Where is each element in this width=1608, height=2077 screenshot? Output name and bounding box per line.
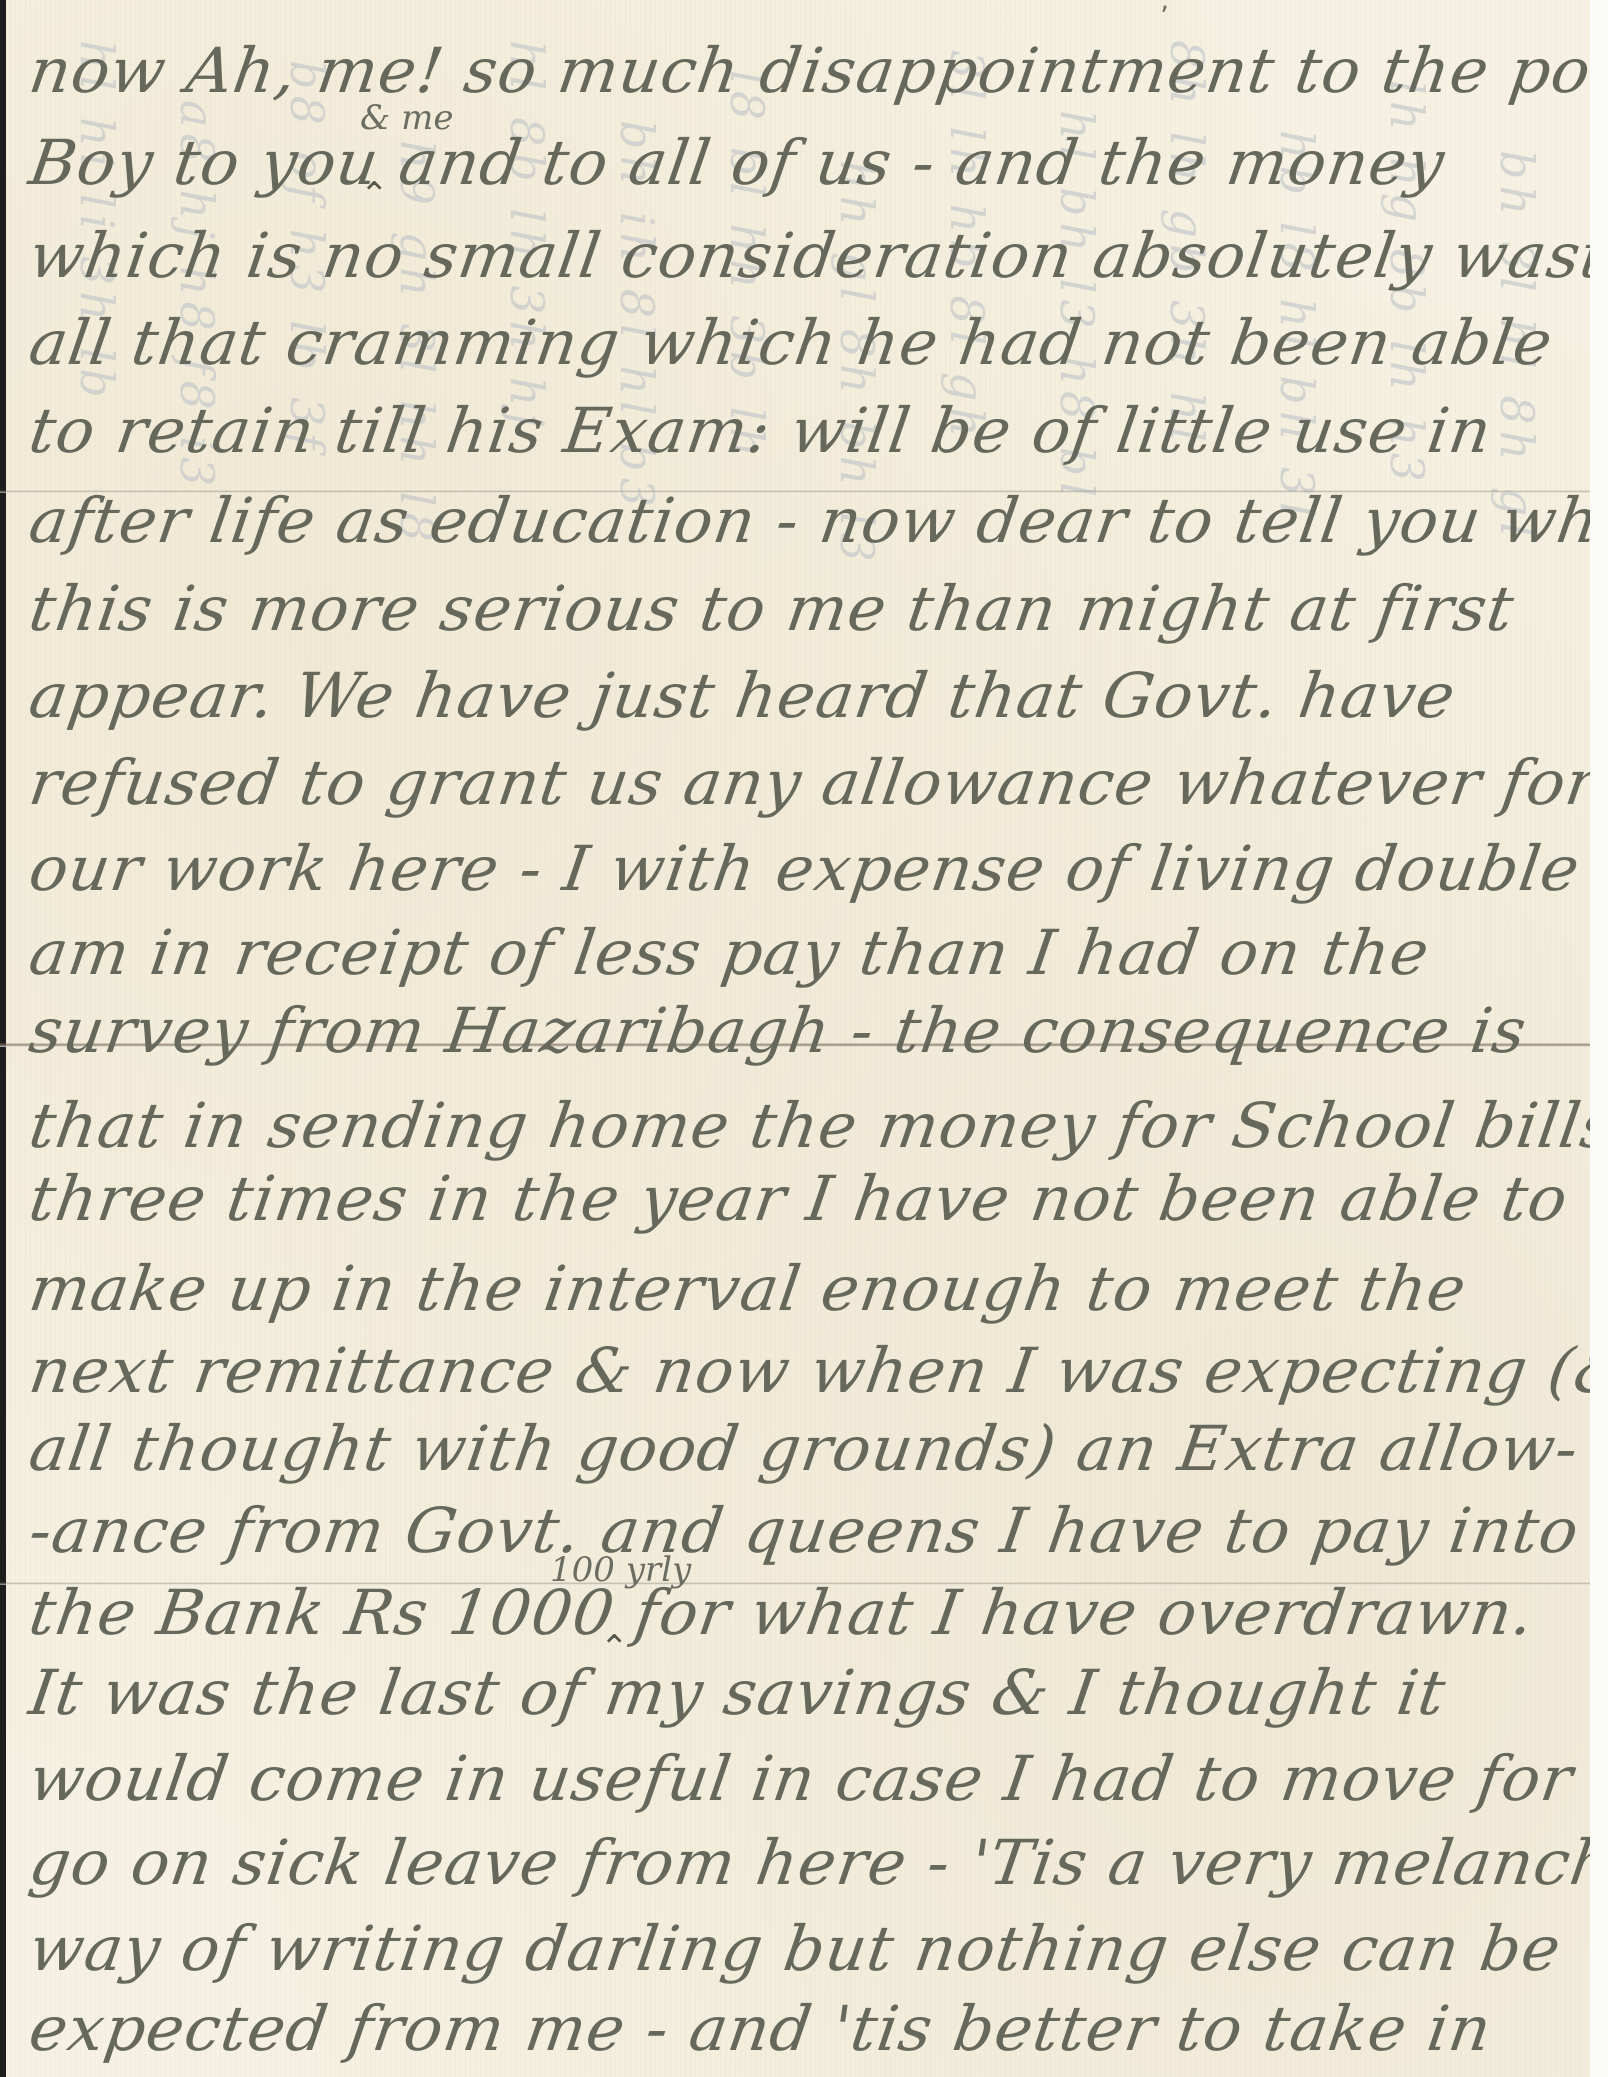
letter-line: expected from me - and 'tis better to ta… — [26, 1998, 1496, 2060]
letter-line: It was the last of my savings & I though… — [26, 1662, 1450, 1724]
ink-mark: ʼ — [1160, 0, 1169, 33]
letter-line: our work here - I with expense of living… — [26, 838, 1584, 900]
letter-line: way of writing darling but nothing else … — [26, 1918, 1565, 1980]
letter-line: all thought with good grounds) an Extra … — [26, 1418, 1583, 1480]
letter-line: am in receipt of less pay than I had on … — [26, 922, 1434, 984]
insertion-caret-icon: ⌃ — [360, 175, 389, 215]
letter-line: would come in useful in case I had to mo… — [26, 1748, 1578, 1810]
letter-line: Boy to you and to all of us - and the mo… — [26, 132, 1449, 194]
letter-text: now Ah, me! so much disappointment to th… — [0, 0, 1590, 2077]
letter-line: to retain till his Exam: will be of litt… — [26, 400, 1496, 462]
letter-line: go on sick leave from here - 'Tis a very… — [26, 1832, 1608, 1894]
letter-line: now Ah, me! so much disappointment to th… — [26, 40, 1608, 102]
insertion-100-yrly: 100 yrly — [550, 1550, 691, 1590]
letter-line: appear. We have just heard that Govt. ha… — [26, 665, 1460, 727]
letter-line: all that cramming which he had not been … — [26, 312, 1557, 374]
scan-edge-strip — [1590, 0, 1608, 2077]
insertion-caret-icon: ⌃ — [600, 1628, 629, 1668]
letter-line: after life as education - now dear to te… — [26, 490, 1608, 552]
letter-line: the Bank Rs 1000 for what I have overdra… — [26, 1582, 1538, 1644]
letter-line: make up in the interval enough to meet t… — [26, 1258, 1471, 1320]
letter-line: three times in the year I have not been … — [26, 1168, 1572, 1230]
letter-page: hl hi li 3h lb a8 hj h8 f8 i3 b8 of h3 l… — [0, 0, 1590, 2077]
insertion-and-me: & me — [360, 98, 453, 138]
letter-line: next remittance & now when I was expecti… — [26, 1340, 1608, 1402]
letter-line: which is no small consideration absolute… — [26, 225, 1608, 287]
letter-line: refused to grant us any allowance whatev… — [26, 752, 1602, 814]
letter-line: that in sending home the money for Schoo… — [26, 1095, 1608, 1157]
letter-line: survey from Hazaribagh - the consequence… — [26, 1000, 1531, 1062]
letter-line: -ance from Govt. and queens I have to pa… — [26, 1500, 1583, 1562]
letter-line: this is more serious to me than might at… — [26, 578, 1519, 640]
